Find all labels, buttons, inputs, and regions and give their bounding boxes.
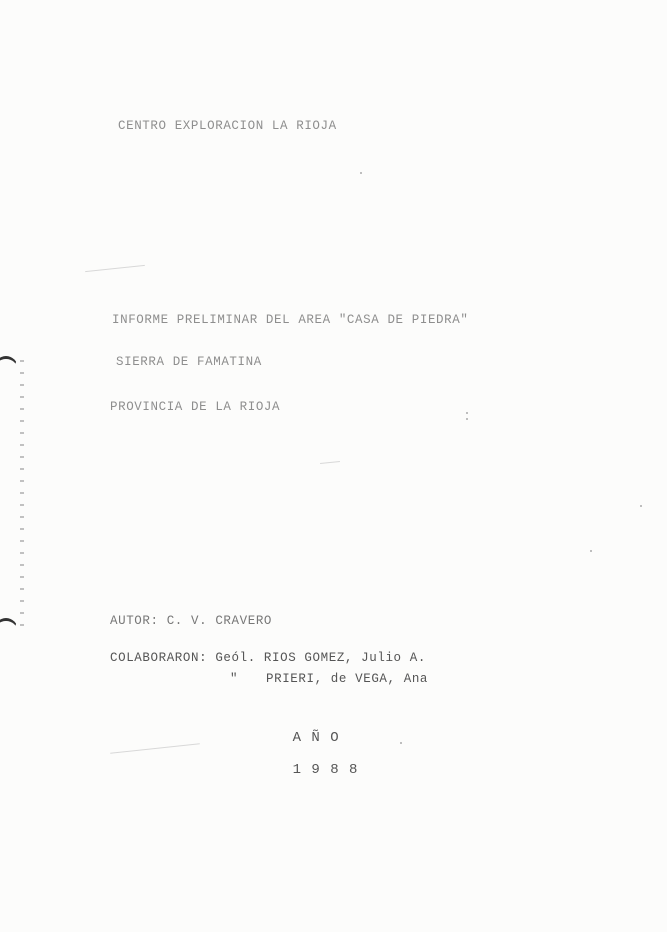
punch-hole-icon [0, 356, 18, 381]
year-label: A Ñ O [293, 730, 340, 746]
author-line: AUTOR: C. V. CRAVERO [110, 614, 272, 628]
scan-smudge [85, 265, 145, 272]
year-line: A Ñ O 1 9 8 8 [255, 714, 358, 794]
scan-speck [466, 418, 468, 420]
scan-speck [360, 172, 362, 174]
scan-speck [466, 412, 468, 414]
report-title: INFORME PRELIMINAR DEL AREA "CASA DE PIE… [112, 313, 468, 327]
year-value: 1 9 8 8 [293, 762, 359, 778]
document-page: CENTRO EXPLORACION LA RIOJA INFORME PREL… [0, 0, 667, 932]
scan-speck [400, 742, 402, 744]
scan-speck [640, 505, 642, 507]
scan-smudge [110, 743, 200, 753]
document-header: CENTRO EXPLORACION LA RIOJA [118, 119, 337, 133]
ditto-mark: " [230, 672, 238, 686]
punch-hole-icon [0, 618, 18, 643]
collaborators-line: COLABORARON: Geól. RIOS GOMEZ, Julio A. [110, 651, 426, 665]
binding-marks [20, 360, 24, 630]
scan-speck [590, 550, 592, 552]
location-sierra: SIERRA DE FAMATINA [116, 355, 262, 369]
location-provincia: PROVINCIA DE LA RIOJA [110, 400, 280, 414]
collaborators-line-2: PRIERI, de VEGA, Ana [266, 672, 428, 686]
scan-smudge [320, 461, 340, 464]
